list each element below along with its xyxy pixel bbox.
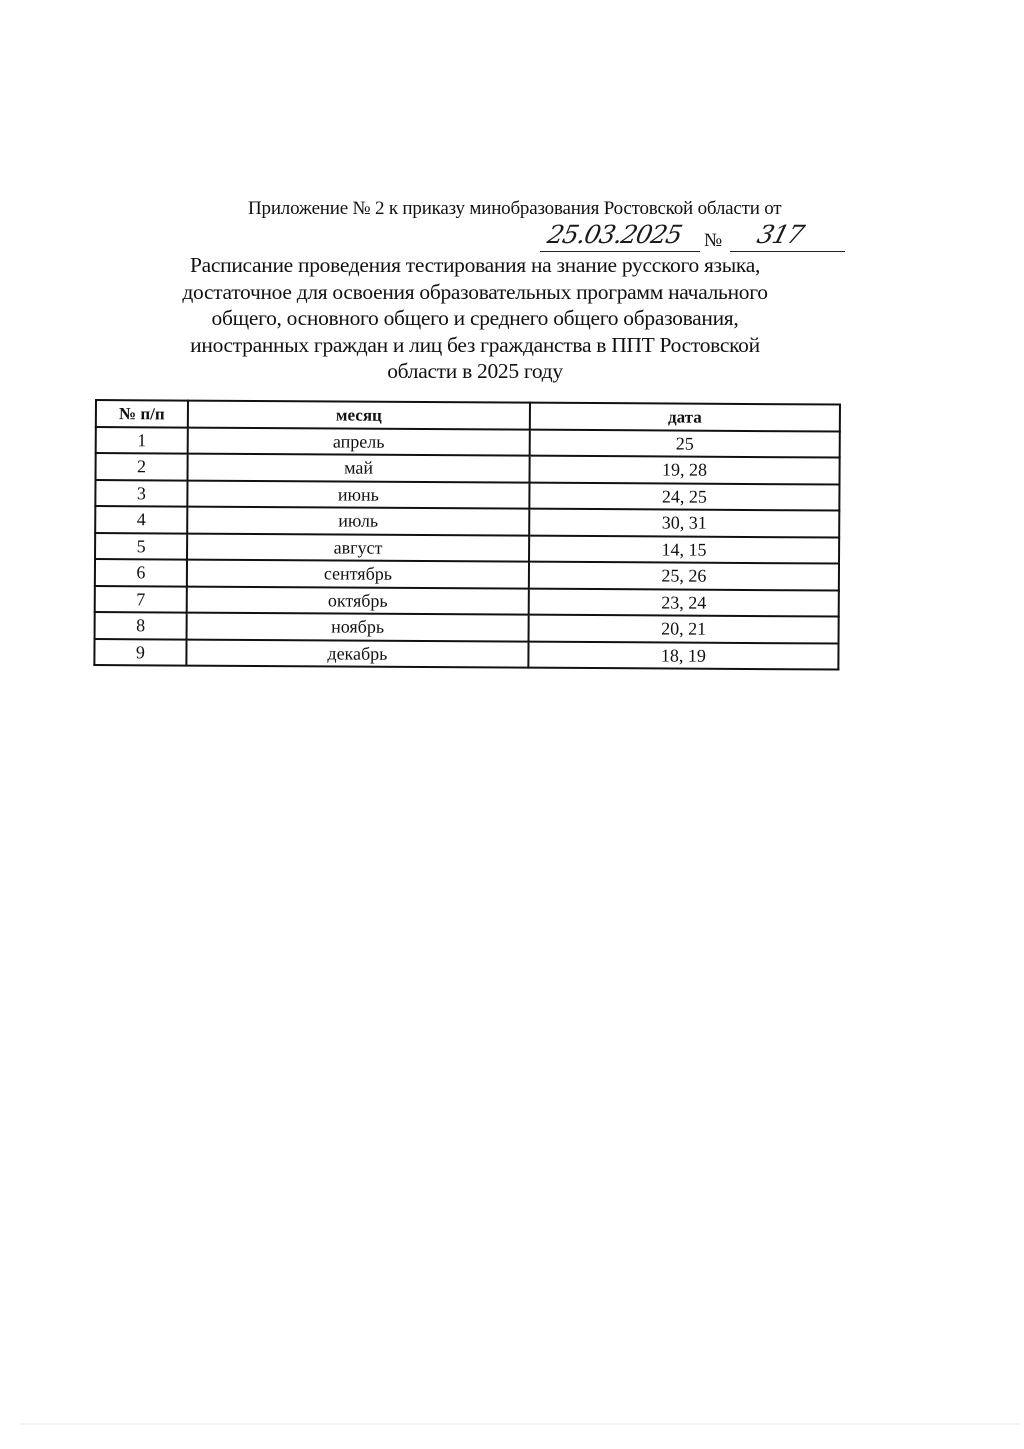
cell-month: август bbox=[187, 533, 529, 562]
title-line: достаточное для освоения образовательных… bbox=[120, 279, 830, 306]
handwritten-order-date: 25.03.2025 bbox=[545, 220, 684, 249]
schedule-table: № п/п месяц дата 1апрель252май19, 283июн… bbox=[93, 399, 841, 671]
handwritten-order-number: 317 bbox=[754, 220, 806, 249]
cell-number: 4 bbox=[95, 506, 187, 533]
document-title: Расписание проведения тестирования на зн… bbox=[120, 252, 830, 385]
cell-date: 25 bbox=[530, 429, 840, 457]
cell-month: июнь bbox=[187, 480, 529, 509]
header-date: дата bbox=[530, 403, 840, 431]
cell-month: сентябрь bbox=[187, 560, 529, 589]
cell-month: май bbox=[188, 454, 530, 483]
number-sign: № bbox=[704, 230, 722, 252]
cell-date: 14, 15 bbox=[529, 535, 839, 563]
cell-date: 24, 25 bbox=[529, 482, 839, 510]
cell-number: 1 bbox=[96, 427, 188, 454]
cell-date: 23, 24 bbox=[529, 588, 839, 616]
title-line: иностранных граждан и лиц без гражданств… bbox=[120, 332, 830, 359]
cell-date: 20, 21 bbox=[529, 615, 839, 643]
cell-month: июль bbox=[187, 507, 529, 536]
title-line: Расписание проведения тестирования на зн… bbox=[120, 252, 830, 279]
table-row: 9декабрь18, 19 bbox=[94, 639, 838, 670]
cell-number: 9 bbox=[94, 639, 186, 666]
cell-number: 3 bbox=[95, 480, 187, 507]
cell-number: 8 bbox=[95, 612, 187, 639]
order-date-number-line: 25.03.2025 № 317 bbox=[540, 222, 845, 254]
cell-month: декабрь bbox=[186, 639, 528, 668]
cell-month: ноябрь bbox=[187, 613, 529, 642]
cell-date: 25, 26 bbox=[529, 562, 839, 590]
cell-date: 19, 28 bbox=[530, 456, 840, 484]
cell-number: 5 bbox=[95, 533, 187, 560]
scan-edge-artifact bbox=[20, 1423, 1020, 1425]
header-number: № п/п bbox=[96, 400, 188, 427]
title-line: области в 2025 году bbox=[120, 358, 830, 385]
cell-date: 30, 31 bbox=[529, 509, 839, 537]
cell-month: октябрь bbox=[187, 586, 529, 615]
cell-number: 6 bbox=[95, 559, 187, 586]
header-month: месяц bbox=[188, 401, 530, 430]
cell-number: 2 bbox=[96, 453, 188, 480]
cell-number: 7 bbox=[95, 586, 187, 613]
appendix-reference: Приложение № 2 к приказу минобразования … bbox=[248, 198, 781, 220]
cell-month: апрель bbox=[188, 427, 530, 456]
cell-date: 18, 19 bbox=[528, 641, 838, 669]
title-line: общего, основного общего и среднего обще… bbox=[120, 305, 830, 332]
